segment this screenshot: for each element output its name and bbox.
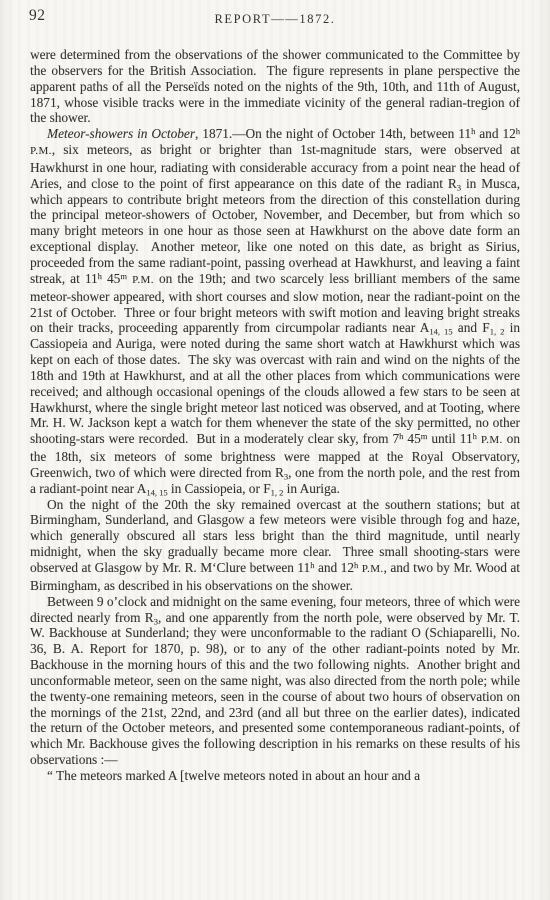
page-header: 92 REPORT——1872. <box>0 0 550 35</box>
running-title: REPORT——1872. <box>0 9 550 27</box>
text-block: were determined from the observations of… <box>0 35 550 784</box>
paragraph-night-of-20th: On the night of the 20th the sky remaine… <box>30 497 520 594</box>
scanned-book-page: 92 REPORT——1872. were determined from th… <box>0 0 550 900</box>
paragraph-continuation: were determined from the observations of… <box>30 47 520 126</box>
page-number: 92 <box>29 7 46 25</box>
paragraph-meteor-showers-october: Meteor-showers in October, 1871.—On the … <box>30 126 520 496</box>
paragraph-quote-start: “ The meteors marked A [twelve meteors n… <box>30 768 520 784</box>
paragraph-backhouse-observations: Between 9 o’clock and midnight on the sa… <box>30 594 520 768</box>
